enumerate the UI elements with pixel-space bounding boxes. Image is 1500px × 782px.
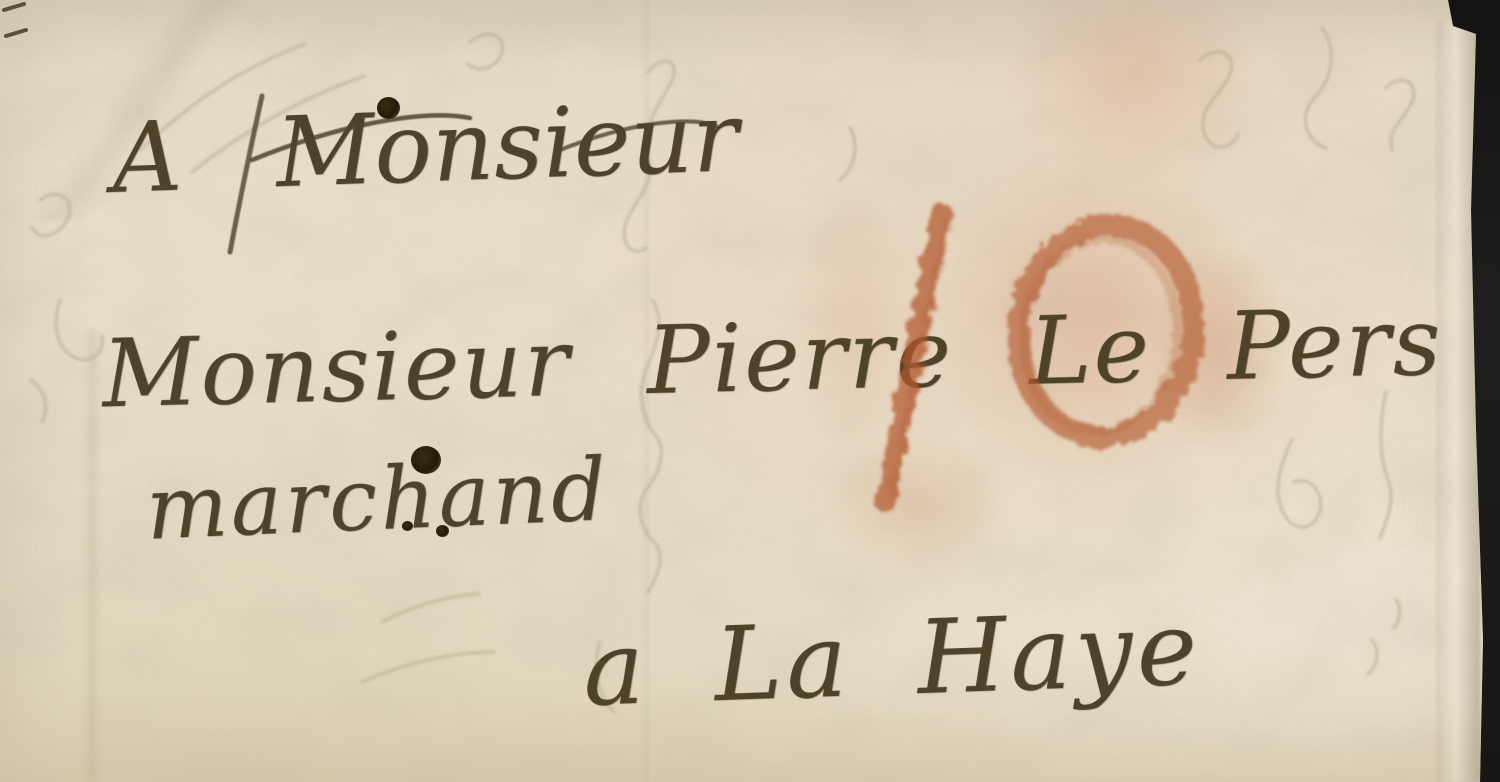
- paper-edge-fold: [1436, 20, 1480, 782]
- ink-blot: [377, 97, 400, 119]
- address-line-3: marchand: [144, 440, 611, 559]
- photo-of-letter: A Monsieur Monsieur Pierre Le Pers march…: [0, 0, 1500, 782]
- address-line-1: A Monsieur: [110, 81, 740, 215]
- ink-blot: [411, 446, 441, 474]
- address-line-4: a La Haye: [581, 589, 1203, 729]
- ink-blot: [402, 521, 413, 531]
- ink-blot: [436, 525, 449, 537]
- letter-paper: A Monsieur Monsieur Pierre Le Pers march…: [0, 0, 1500, 782]
- top-shading: [0, 0, 1500, 64]
- postal-rate-text: 10: [855, 139, 1271, 526]
